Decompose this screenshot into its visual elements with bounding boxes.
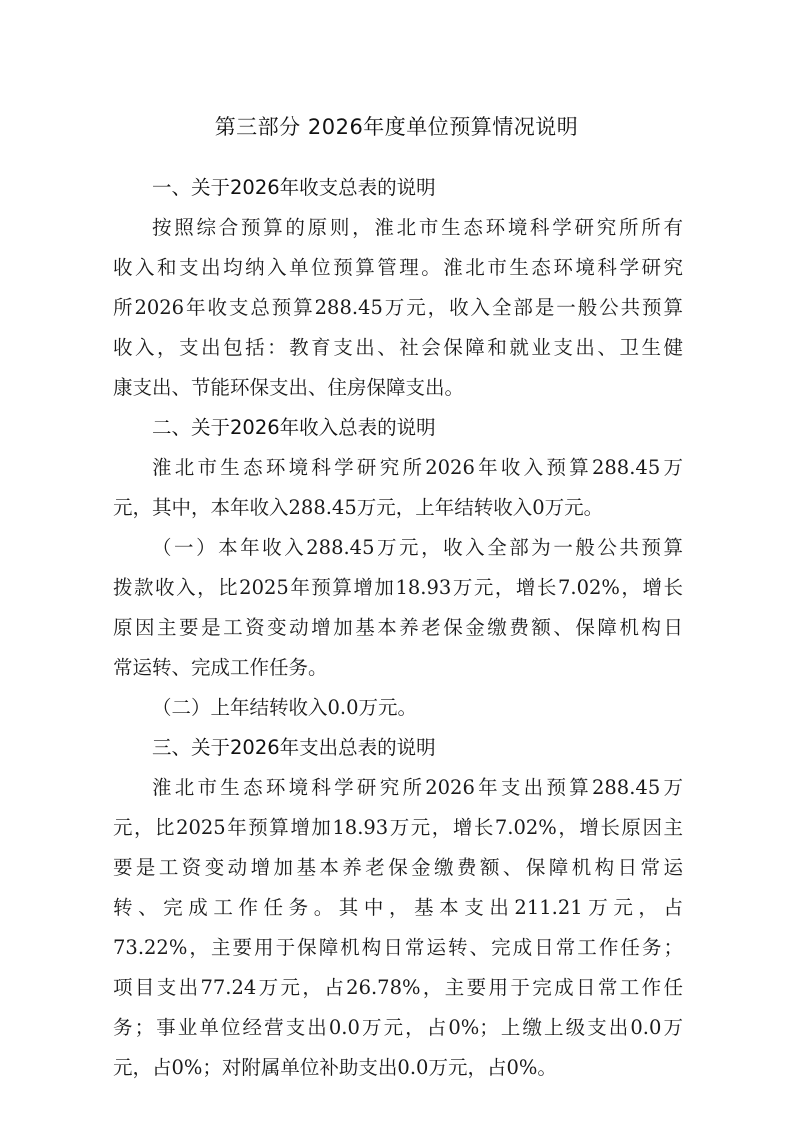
paragraph-line: 收入和支出均纳入单位预算管理。淮北市生态环境科学研究	[113, 248, 683, 288]
paragraph-line: 务；事业单位经营支出0.0万元，占0%；上缴上级支出0.0万	[113, 1008, 683, 1048]
paragraph-line: 康支出、节能环保支出、住房保障支出。	[113, 368, 683, 408]
paragraph-line: 淮北市生态环境科学研究所2026年支出预算288.45万	[152, 768, 683, 808]
section-heading-1: 一、关于2026年收支总表的说明	[152, 168, 436, 208]
paragraph-line: 原因主要是工资变动增加基本养老保金缴费额、保障机构日	[113, 608, 683, 648]
paragraph-line: 73.22%，主要用于保障机构日常运转、完成日常工作任务；	[113, 928, 683, 968]
page-title: 第三部分 2026年度单位预算情况说明	[0, 112, 793, 142]
section-heading-3: 三、关于2026年支出总表的说明	[152, 728, 436, 768]
paragraph-line: 拨款收入，比2025年预算增加18.93万元，增长7.02%，增长	[113, 568, 683, 608]
paragraph-line: 元，占0%；对附属单位补助支出0.0万元，占0%。	[113, 1048, 683, 1088]
paragraph-line: 转、完成工作任务。其中，基本支出211.21万元，占	[113, 888, 683, 928]
paragraph-line: 元，比2025年预算增加18.93万元，增长7.02%，增长原因主	[113, 808, 683, 848]
paragraph-line: 常运转、完成工作任务。	[113, 648, 683, 688]
paragraph-line: 项目支出77.24万元，占26.78%，主要用于完成日常工作任	[113, 968, 683, 1008]
paragraph-line: 收入，支出包括：教育支出、社会保障和就业支出、卫生健	[113, 328, 683, 368]
paragraph-line: 淮北市生态环境科学研究所2026年收入预算288.45万	[152, 448, 683, 488]
paragraph-line: （一）本年收入288.45万元，收入全部为一般公共预算	[152, 528, 683, 568]
document-page: 第三部分 2026年度单位预算情况说明 一、关于2026年收支总表的说明 按照综…	[0, 0, 793, 1122]
paragraph-line: 所2026年收支总预算288.45万元，收入全部是一般公共预算	[113, 288, 683, 328]
paragraph-line: （二）上年结转收入0.0万元。	[152, 688, 683, 728]
paragraph-line: 按照综合预算的原则，淮北市生态环境科学研究所所有	[152, 208, 683, 248]
section-heading-2: 二、关于2026年收入总表的说明	[152, 408, 436, 448]
paragraph-line: 元，其中，本年收入288.45万元，上年结转收入0万元。	[113, 488, 683, 528]
paragraph-line: 要是工资变动增加基本养老保金缴费额、保障机构日常运	[113, 848, 683, 888]
